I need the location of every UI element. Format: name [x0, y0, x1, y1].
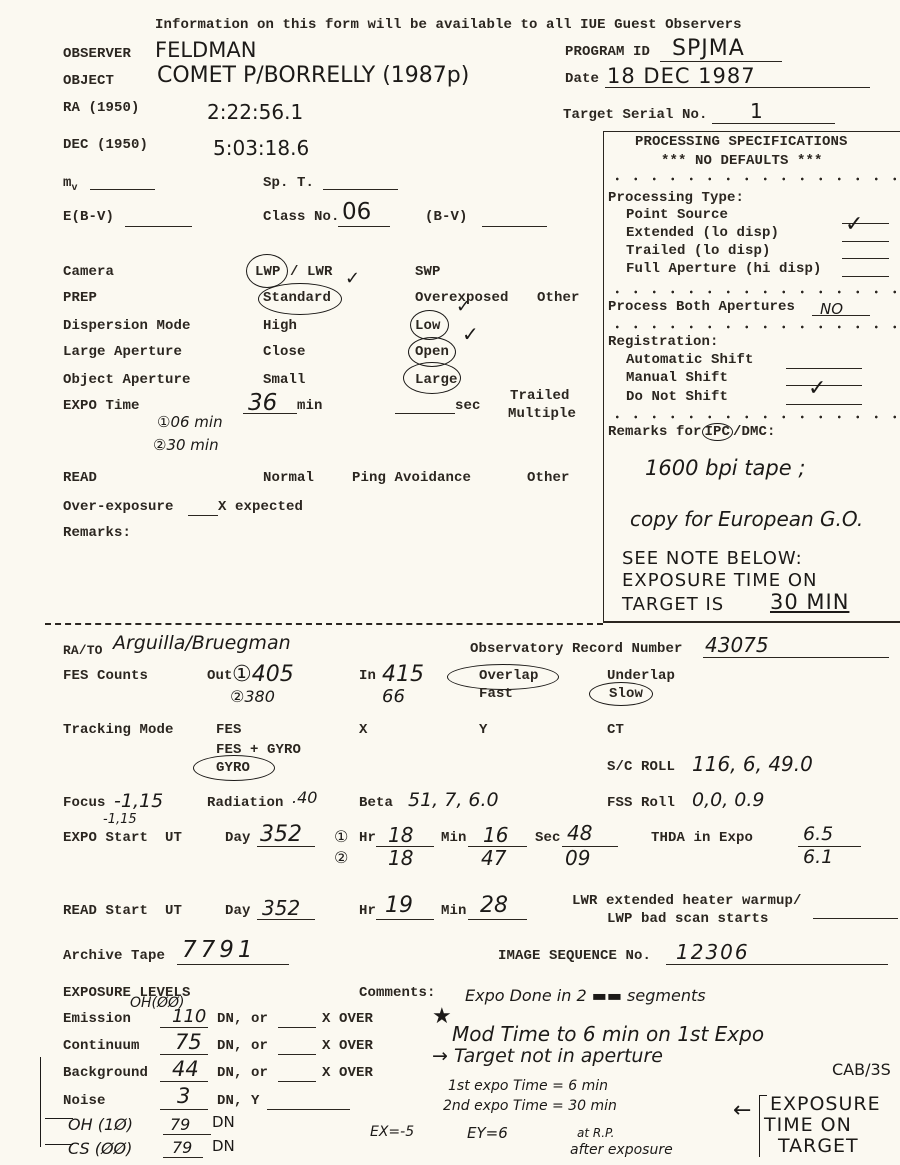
image-sequence-underline: [666, 964, 888, 965]
heater-line-1: LWR extended heater warmup/: [572, 893, 802, 909]
oh-label: OH (1Ø): [68, 1115, 133, 1134]
remarks-prefix: Remarks for: [608, 424, 702, 440]
fss-roll-value[interactable]: 0,0, 0.9: [692, 789, 765, 811]
comments-label: Comments:: [359, 985, 436, 1001]
overexposure-label: Over-exposure: [63, 499, 174, 515]
thda-label: THDA in Expo: [651, 830, 753, 846]
dotted-divider: [608, 177, 898, 181]
fes-out-label: Out: [207, 668, 233, 684]
noise-label: Noise: [63, 1093, 106, 1109]
heater-line-2: LWP bad scan starts: [607, 911, 769, 927]
large-aperture-label: Large Aperture: [63, 344, 182, 360]
read-hr-underline: [376, 919, 434, 920]
initials: CAB/3S: [832, 1060, 891, 1079]
sc-roll-value[interactable]: 116, 6, 49.0: [692, 752, 813, 776]
heater-field[interactable]: [813, 918, 898, 919]
note-emphasis: 30 MIN: [770, 590, 849, 614]
reg-do-not-shift: Do Not Shift: [626, 389, 728, 405]
date-underline: [605, 87, 870, 88]
aperture-close[interactable]: Close: [263, 344, 306, 360]
emission-value[interactable]: 110: [172, 1006, 206, 1027]
overexposure-suffix: X expected: [218, 499, 303, 515]
focus-value-1[interactable]: -1,15: [114, 790, 163, 812]
read-ping-avoidance[interactable]: Ping Avoidance: [352, 470, 471, 486]
program-id-value[interactable]: SPJMA: [672, 36, 745, 61]
noise-underline: [160, 1109, 208, 1110]
ebv-label: E(B-V): [63, 209, 114, 225]
image-sequence-value[interactable]: 12306: [676, 940, 750, 964]
focus-label: Focus: [63, 795, 106, 811]
archive-tape-underline: [177, 964, 289, 965]
focus-value-2[interactable]: -1,15: [103, 812, 137, 827]
date-value[interactable]: 18 DEC 1987: [607, 64, 756, 88]
ey-value: EY=6: [467, 1124, 508, 1142]
object-value[interactable]: COMET P/BORRELLY (1987p): [157, 63, 469, 88]
note-box-border: [759, 1095, 762, 1157]
tracking-x: X: [359, 722, 368, 738]
background-value[interactable]: 44: [172, 1057, 199, 1081]
selection-circle: [258, 283, 342, 315]
expo-hr-2[interactable]: 18: [388, 846, 413, 870]
ex-value: EX=-5: [370, 1124, 414, 1140]
ra-label: RA (1950): [63, 100, 140, 116]
fes-out-1[interactable]: ①405: [232, 662, 294, 687]
spt-label: Sp. T.: [263, 175, 314, 191]
comment-line-1: Expo Done in 2 ▬▬ segments: [465, 986, 706, 1005]
read-day-label: Day: [225, 903, 251, 919]
type-point-source: Point Source: [626, 207, 728, 223]
read-start-label: READ Start UT: [63, 903, 182, 919]
object-aperture-label: Object Aperture: [63, 372, 191, 388]
camera-swp[interactable]: SWP: [415, 264, 441, 280]
class-no-underline: [338, 226, 390, 227]
program-id-label: PROGRAM ID: [565, 44, 650, 60]
emission-underline: [160, 1027, 208, 1028]
fes-out-2[interactable]: ②380: [230, 687, 275, 706]
tracking-mode-label: Tracking Mode: [63, 722, 174, 738]
ra-value[interactable]: 2:22:56.1: [207, 100, 303, 124]
background-label: Background: [63, 1065, 148, 1081]
background-over: X OVER: [322, 1065, 373, 1081]
tracking-fes[interactable]: FES: [216, 722, 242, 738]
after-exposure-note: after exposure: [570, 1142, 673, 1158]
record-number-value[interactable]: 43075: [705, 633, 769, 657]
continuum-underline: [160, 1054, 208, 1055]
expo-note-2: ②30 min: [153, 436, 219, 454]
dec-label: DEC (1950): [63, 137, 148, 153]
note-line-3: TARGET IS: [622, 594, 724, 615]
read-day-underline: [257, 919, 315, 920]
record-number-label: Observatory Record Number: [470, 641, 683, 657]
box-line-1: EXPOSURE: [770, 1093, 881, 1115]
trailed-label: Trailed: [510, 388, 570, 404]
selection-circle: [403, 362, 461, 394]
noise-unit: DN, Y: [217, 1093, 260, 1109]
cs-label: CS (ØØ): [68, 1139, 132, 1158]
reg-automatic-field[interactable]: [786, 368, 862, 369]
expo-min-1[interactable]: 16: [483, 823, 508, 847]
expo-min-label: Min: [441, 830, 467, 846]
overexposure-field[interactable]: [188, 515, 218, 516]
expo-sec-label: Sec: [535, 830, 561, 846]
selection-circle: [193, 755, 275, 781]
archive-tape-value[interactable]: 7791: [182, 937, 257, 963]
expo-start-label: EXPO Start UT: [63, 830, 182, 846]
observer-label: OBSERVER: [63, 46, 131, 62]
observer-value[interactable]: FELDMAN: [155, 38, 256, 62]
bracket-arrow-icon: [40, 1057, 49, 1147]
note-box-border: [759, 1095, 767, 1096]
section-divider: [45, 623, 603, 625]
type-extended: Extended (lo disp): [626, 225, 779, 241]
comment-line-4: 1st expo Time = 6 min: [448, 1078, 608, 1094]
beta-value[interactable]: 51, 7, 6.0: [408, 789, 499, 811]
prep-label: PREP: [63, 290, 97, 306]
read-day-value[interactable]: 352: [262, 896, 300, 920]
radiation-label: Radiation: [207, 795, 284, 811]
read-normal[interactable]: Normal: [263, 470, 314, 486]
cs-underline: [163, 1157, 203, 1158]
class-no-label: Class No.: [263, 209, 340, 225]
read-min-label: Min: [441, 903, 467, 919]
oh-underline: [163, 1134, 211, 1135]
checkmark-icon: ✓: [808, 376, 826, 401]
comment-line-2: Mod Time to 6 min on 1st Expo: [452, 1022, 764, 1046]
cs-unit: DN: [212, 1137, 235, 1155]
ebv-field[interactable]: [125, 226, 192, 227]
tracking-y: Y: [479, 722, 488, 738]
selection-circle: [410, 310, 449, 340]
read-min-underline: [468, 919, 527, 920]
archive-tape-label: Archive Tape: [63, 948, 165, 964]
record-number-underline: [703, 657, 889, 658]
section-divider-solid: [603, 621, 900, 623]
oh-value[interactable]: 79: [170, 1115, 190, 1134]
continuum-over: X OVER: [322, 1038, 373, 1054]
read-min-value[interactable]: 28: [480, 893, 508, 918]
comment-line-5: 2nd expo Time = 30 min: [443, 1098, 617, 1114]
continuum-unit: DN, or: [217, 1038, 268, 1054]
type-full-aperture: Full Aperture (hi disp): [626, 261, 822, 277]
ra-to-label: RA/TO: [63, 643, 103, 658]
class-no-value[interactable]: 06: [342, 199, 371, 225]
segment-2-marker: ②: [334, 848, 348, 867]
remarks-suffix: /DMC:: [733, 424, 776, 440]
fes-in-1[interactable]: 415: [382, 662, 424, 687]
fes-fast[interactable]: Fast: [479, 686, 513, 702]
fes-in-2[interactable]: 66: [382, 686, 405, 707]
selection-circle: [246, 254, 288, 288]
background-over-field[interactable]: [278, 1081, 316, 1082]
reg-automatic: Automatic Shift: [626, 352, 754, 368]
arrow-left-icon: ←: [733, 1098, 751, 1123]
emission-over-field[interactable]: [278, 1027, 316, 1028]
image-sequence-label: IMAGE SEQUENCE No.: [498, 948, 651, 964]
box-line-3: TARGET: [778, 1135, 859, 1157]
beta-label: Beta: [359, 795, 393, 811]
remarks-ipc-label: Remarks forIPC/DMC:: [608, 424, 776, 440]
expo-min-2[interactable]: 47: [481, 846, 506, 870]
note-line-1: SEE NOTE BELOW:: [622, 548, 803, 569]
box-line-2: TIME ON: [764, 1114, 852, 1136]
camera-label: Camera: [63, 264, 114, 280]
background-underline: [160, 1081, 208, 1082]
dec-value[interactable]: 5:03:18.6: [213, 136, 309, 160]
reg-manual: Manual Shift: [626, 370, 728, 386]
noise-y-field[interactable]: [267, 1109, 350, 1110]
emission-unit: DN, or: [217, 1011, 268, 1027]
read-hr-label: Hr: [359, 903, 376, 919]
dispersion-high[interactable]: High: [263, 318, 297, 334]
read-other[interactable]: Other: [527, 470, 570, 486]
camera-lwr[interactable]: / LWR: [290, 264, 333, 280]
both-apertures-underline: [812, 315, 870, 316]
checkmark-icon: ✓: [456, 296, 471, 317]
processing-title: PROCESSING SPECIFICATIONS: [635, 134, 848, 150]
date-label: Date: [565, 71, 599, 87]
ra-to-value[interactable]: Arguilla/Bruegman: [113, 632, 291, 654]
type-trailed-field[interactable]: [842, 258, 889, 259]
emission-over: X OVER: [322, 1011, 373, 1027]
sc-roll-label: S/C ROLL: [607, 759, 675, 775]
rp-note: at R.P.: [577, 1126, 614, 1140]
expo-day-label: Day: [225, 830, 251, 846]
expo-sec-1[interactable]: 48: [567, 821, 592, 845]
dispersion-label: Dispersion Mode: [63, 318, 191, 334]
remarks-line-1: 1600 bpi tape ;: [645, 456, 805, 480]
expo-hr-label: Hr: [359, 830, 376, 846]
cs-value[interactable]: 79: [172, 1138, 192, 1157]
star-icon: ★: [432, 1004, 452, 1029]
both-apertures-label: Process Both Apertures: [608, 299, 795, 315]
multiple-label: Multiple: [508, 406, 576, 422]
checkmark-icon: ✓: [462, 322, 479, 346]
expo-day-underline: [257, 846, 315, 847]
checkmark-icon: ✓: [345, 268, 360, 289]
reg-do-not-shift-field[interactable]: [786, 404, 862, 405]
note-line-2: EXPOSURE TIME ON: [622, 570, 818, 591]
expo-sec-field[interactable]: [395, 413, 455, 414]
processing-type-label: Processing Type:: [608, 190, 744, 206]
processing-subtitle: *** NO DEFAULTS ***: [661, 153, 823, 169]
tracking-ct: CT: [607, 722, 624, 738]
expo-min-underline: [243, 413, 297, 414]
expo-min-unit: min: [297, 398, 323, 414]
emission-label: Emission: [63, 1011, 131, 1027]
dotted-divider: [608, 290, 898, 294]
noise-value[interactable]: 3: [177, 1084, 190, 1108]
background-unit: DN, or: [217, 1065, 268, 1081]
bv-label: (B-V): [425, 209, 468, 225]
expo-sec-unit: sec: [455, 398, 481, 414]
ipc-circled: IPC: [702, 423, 734, 441]
continuum-label: Continuum: [63, 1038, 140, 1054]
mv-field[interactable]: [90, 189, 155, 190]
prep-other[interactable]: Other: [537, 290, 580, 306]
target-serial-value[interactable]: 1: [750, 99, 763, 123]
radiation-value[interactable]: .40: [292, 788, 317, 807]
read-hr-value[interactable]: 19: [385, 893, 413, 918]
type-extended-field[interactable]: [842, 241, 889, 242]
oh-unit: DN: [212, 1113, 235, 1131]
expo-sec-2[interactable]: 09: [565, 846, 590, 870]
continuum-value[interactable]: 75: [175, 1030, 202, 1054]
fes-in-label: In: [359, 668, 376, 684]
comment-line-3: → Target not in aperture: [432, 1045, 663, 1067]
processing-box-border: [603, 131, 604, 621]
program-id-underline: [660, 61, 782, 62]
dotted-divider: [608, 415, 898, 419]
target-serial-underline: [712, 123, 835, 124]
segment-1-marker: ①: [334, 827, 348, 846]
object-aperture-small[interactable]: Small: [263, 372, 306, 388]
object-label: OBJECT: [63, 73, 114, 89]
expo-note-1: ①06 min: [157, 413, 223, 431]
fes-counts-label: FES Counts: [63, 668, 148, 684]
spt-field[interactable]: [323, 189, 398, 190]
remarks-label: Remarks:: [63, 525, 131, 541]
type-full-aperture-field[interactable]: [842, 276, 889, 277]
expo-time-label: EXPO Time: [63, 398, 140, 414]
processing-box-top: [603, 131, 900, 132]
selection-circle: [589, 682, 653, 706]
remarks-line-2: copy for European G.O.: [630, 507, 863, 531]
registration-label: Registration:: [608, 334, 719, 350]
expo-hr-1[interactable]: 18: [388, 823, 413, 847]
type-trailed: Trailed (lo disp): [626, 243, 771, 259]
thda-value-2[interactable]: 6.1: [803, 846, 833, 868]
mv-label: mv: [63, 175, 78, 194]
continuum-over-field[interactable]: [278, 1054, 316, 1055]
target-serial-label: Target Serial No.: [563, 107, 708, 123]
expo-day-value[interactable]: 352: [260, 822, 302, 847]
read-label: READ: [63, 470, 97, 486]
bv-field[interactable]: [482, 226, 547, 227]
checkmark-icon: ✓: [845, 212, 863, 237]
fss-roll-label: FSS Roll: [607, 795, 675, 811]
form-notice: Information on this form will be availab…: [155, 17, 742, 33]
thda-value-1[interactable]: 6.5: [803, 823, 833, 845]
dotted-divider: [608, 325, 898, 329]
